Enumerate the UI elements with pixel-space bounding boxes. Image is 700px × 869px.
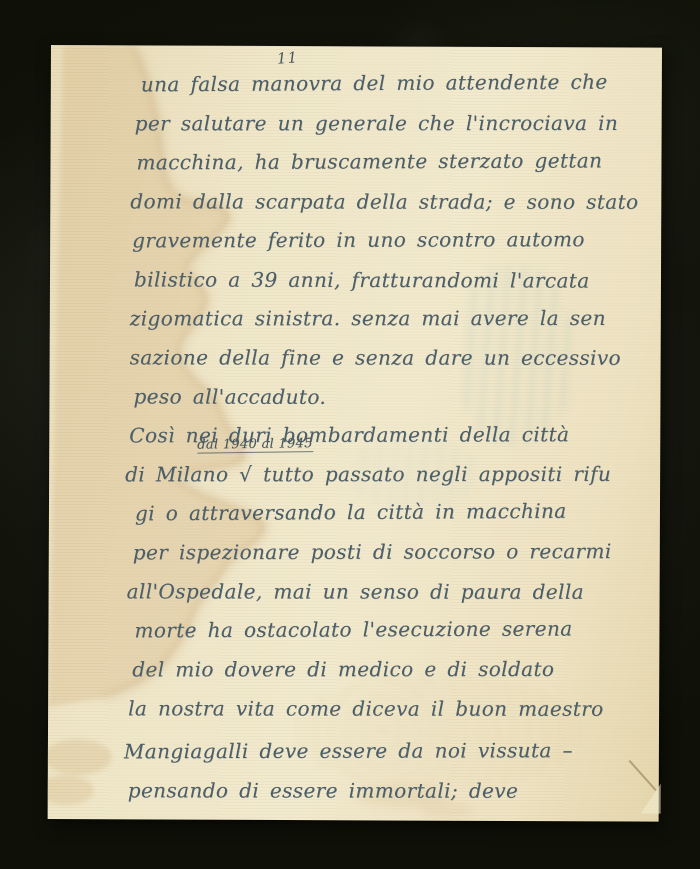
- handwritten-line: una falsa manovra del mio attendente che: [141, 62, 656, 104]
- handwritten-line: bilistico a 39 anni, fratturandomi l'arc…: [134, 260, 655, 300]
- handwritten-line: pensando di essere immortali; deve: [128, 771, 653, 810]
- handwritten-line: sazione della fine e senza dare un ecces…: [130, 338, 655, 377]
- handwritten-line: gravemente ferito in uno scontro automo: [132, 220, 655, 260]
- handwritten-line: zigomatica sinistra. senza mai avere la …: [130, 299, 655, 338]
- handwritten-line: domi dalla scarpata della strada; e sono…: [130, 182, 655, 221]
- handwritten-line: per salutare un generale che l'incrociav…: [135, 104, 656, 143]
- handwritten-line: macchina, ha bruscamente sterzato gettan: [136, 141, 655, 182]
- handwritten-line: del mio dovere di medico e di soldato: [132, 650, 653, 689]
- handwritten-line: di Milano √ tutto passato negli appositi…: [125, 455, 654, 494]
- handwritten-line: gi o attraversando la città in macchina: [135, 491, 654, 533]
- handwritten-line: Mangiagalli deve essere da noi vissuta –: [124, 731, 653, 771]
- corner-fold: [641, 784, 661, 814]
- handwritten-line: peso all'accaduto.: [133, 377, 654, 417]
- interline-insertion: dal 1940 al 1945: [197, 436, 313, 454]
- handwriting-block: una falsa manovra del mio attendente che…: [88, 65, 656, 812]
- handwritten-line: la nostra vita come diceva il buon maest…: [128, 689, 653, 728]
- photo-background: 11 una falsa manovra del mio attendente …: [0, 0, 700, 869]
- letter-paper: 11 una falsa manovra del mio attendente …: [48, 45, 662, 822]
- handwritten-line: all'Ospedale, mai un senso di paura dell…: [127, 572, 654, 611]
- handwritten-line: per ispezionare posti di soccorso o reca…: [133, 532, 654, 572]
- handwritten-line: morte ha ostacolato l'esecuzione serena: [134, 609, 653, 650]
